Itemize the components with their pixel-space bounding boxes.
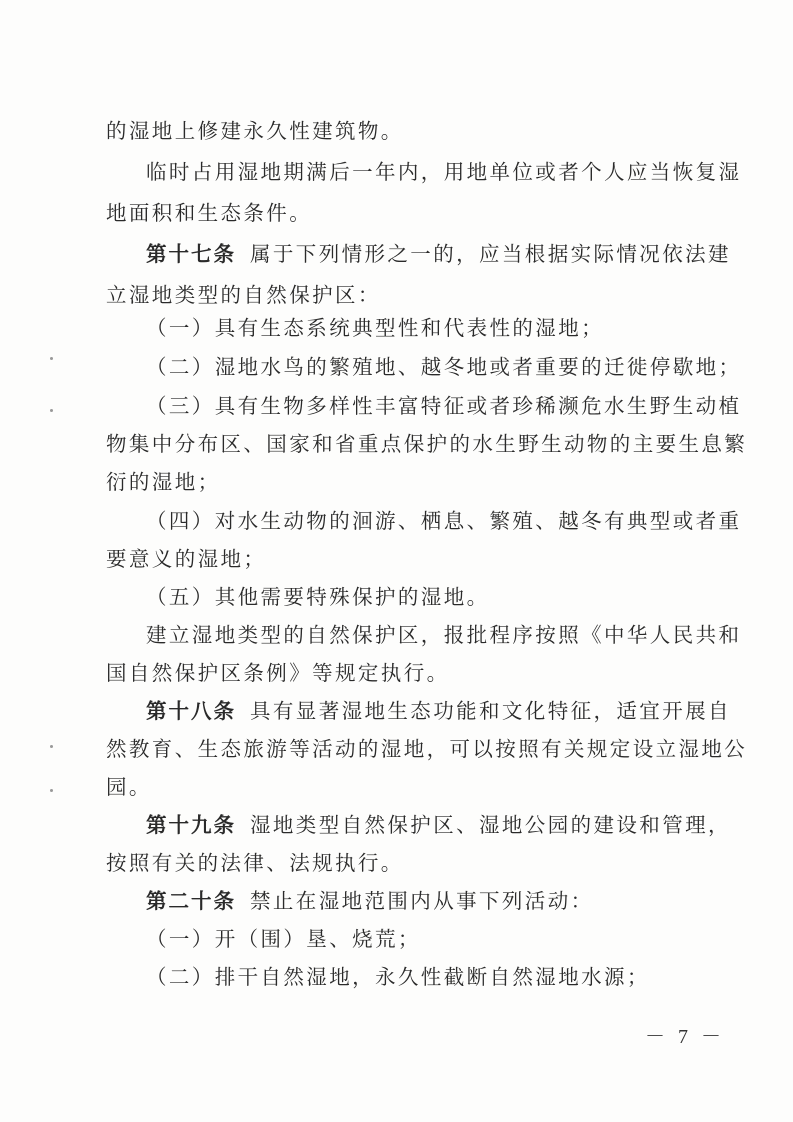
- text-line: 临时占用湿地期满后一年内，用地单位或者个人应当恢复湿: [146, 159, 736, 185]
- article-heading: 第二十条: [146, 889, 236, 913]
- article-17-line: 第十七条属于下列情形之一的，应当根据实际情况依法建: [146, 241, 736, 267]
- document-page: 的湿地上修建永久性建筑物。 临时占用湿地期满后一年内，用地单位或者个人应当恢复湿…: [0, 0, 793, 1122]
- article-text: 具有显著湿地生态功能和文化特征，适宜开展自: [250, 699, 731, 723]
- text-line: 的湿地上修建永久性建筑物。: [106, 118, 696, 144]
- article-19-line: 第十九条湿地类型自然保护区、湿地公园的建设和管理，: [146, 812, 736, 838]
- text-line: 国自然保护区条例》等规定执行。: [106, 660, 696, 686]
- article-text: 湿地类型自然保护区、湿地公园的建设和管理，: [250, 813, 731, 837]
- text-line: 要意义的湿地；: [106, 546, 696, 572]
- text-line: 园。: [106, 774, 696, 800]
- article-18-line: 第十八条具有显著湿地生态功能和文化特征，适宜开展自: [146, 698, 736, 724]
- list-item: （二）湿地水鸟的繁殖地、越冬地或者重要的迁徙停歇地；: [146, 354, 736, 380]
- text-line: 物集中分布区、国家和省重点保护的水生野生动物的主要生息繁: [106, 431, 696, 457]
- page-number: － 7 －: [645, 1020, 725, 1049]
- article-heading: 第十九条: [146, 813, 236, 837]
- text-line: 地面积和生态条件。: [106, 200, 696, 226]
- text-line: 然教育、生态旅游等活动的湿地，可以按照有关规定设立湿地公: [106, 736, 696, 762]
- list-item: （二）排干自然湿地，永久性截断自然湿地水源；: [146, 964, 736, 990]
- list-item: （四）对水生动物的洄游、栖息、繁殖、越冬有典型或者重: [146, 508, 736, 534]
- binding-hole-mark: [50, 409, 53, 412]
- binding-hole-mark: [50, 745, 53, 748]
- article-heading: 第十七条: [146, 242, 236, 266]
- text-line: 按照有关的法律、法规执行。: [106, 850, 696, 876]
- list-item: （五）其他需要特殊保护的湿地。: [146, 584, 736, 610]
- text-line: 建立湿地类型的自然保护区，报批程序按照《中华人民共和: [146, 622, 736, 648]
- article-20-line: 第二十条禁止在湿地范围内从事下列活动：: [146, 888, 736, 914]
- article-text: 禁止在湿地范围内从事下列活动：: [250, 889, 594, 913]
- list-item: （一）具有生态系统典型性和代表性的湿地；: [146, 315, 736, 341]
- article-text: 属于下列情形之一的，应当根据实际情况依法建: [250, 242, 731, 266]
- text-line: 立湿地类型的自然保护区：: [106, 282, 696, 308]
- article-heading: 第十八条: [146, 699, 236, 723]
- text-line: 衍的湿地；: [106, 469, 696, 495]
- binding-hole-mark: [50, 789, 53, 792]
- binding-hole-mark: [50, 357, 53, 360]
- list-item: （三）具有生物多样性丰富特征或者珍稀濒危水生野生动植: [146, 393, 736, 419]
- list-item: （一）开（围）垦、烧荒；: [146, 926, 736, 952]
